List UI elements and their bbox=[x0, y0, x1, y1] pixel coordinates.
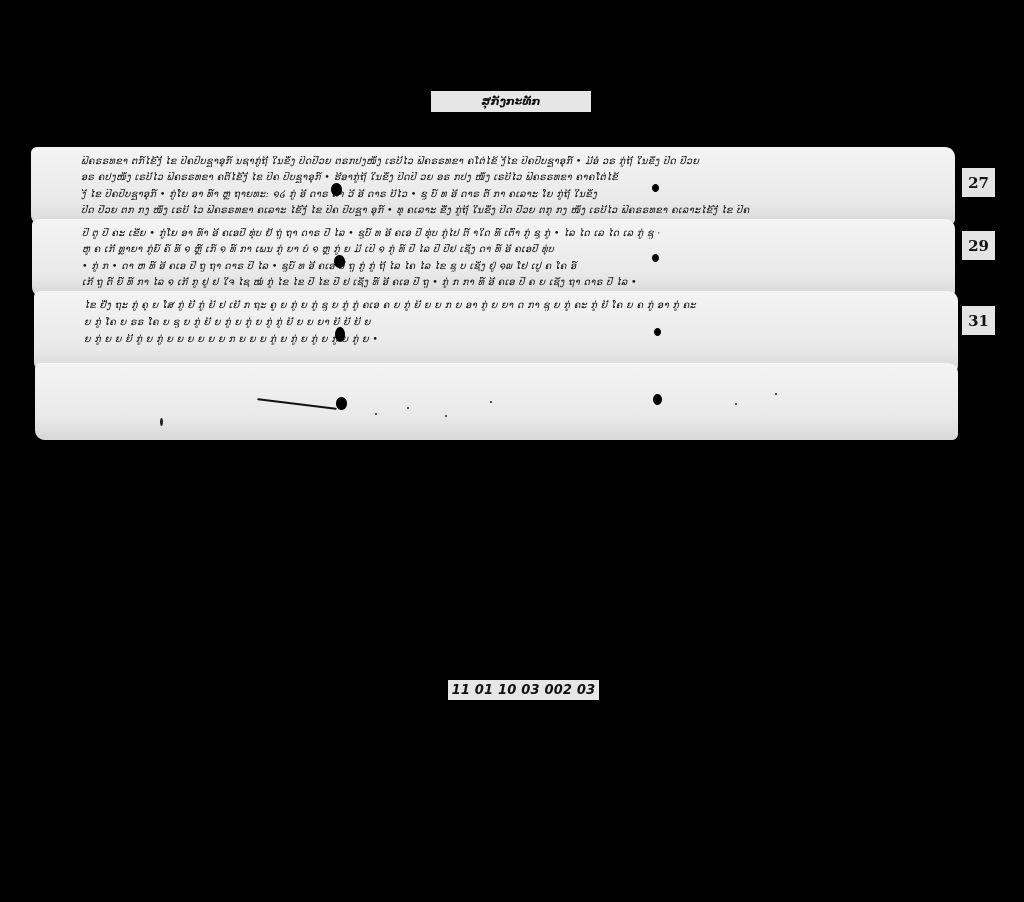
leaf-text-line: ຍ ກູ່ ຍ ຍ ຍີ ກູ່ ຍ ກູ່ ຍ ຍ ຍ ຍ ຍ ຍ ກ ຍ ຍ… bbox=[84, 334, 928, 345]
leaf-text-line: ອຣ ຄປງໜຶ່ງ ເຣບີໄວ ຟ໌ຄຣຣທຂາ ຄຕ໌ໄຂ້ງີ ໄຂ ປ… bbox=[81, 172, 925, 183]
leaf-text-line: ໄຂ ຢຶ່ງ ຖະ ກູ່ ຄຸ ຍ ໂສ ກູ່ ຍີ ກູ່ ຍີ ຢ ເ… bbox=[84, 300, 928, 311]
binding-hole bbox=[335, 327, 345, 342]
palm-leaf-page-29: ປີ່ ຕູ ປີ່ ຄະ ເຂີ່ຍ • ກູ່ໂຍ ອາ ທ໌າ ອີ ຄເ… bbox=[32, 219, 955, 297]
binding-hole bbox=[336, 397, 347, 410]
binding-hole bbox=[652, 184, 659, 192]
leaf-text-line: ຍ ກູ່ ໂຄ ຍ ຣຣ ໂຄ ຍ ຊູ ຍ ກູ່ ຍີ ຍ ກູ່ ຍ ກ… bbox=[84, 317, 928, 328]
binding-hole bbox=[331, 183, 342, 196]
page-number-label: 31 bbox=[962, 306, 995, 335]
binding-hole bbox=[334, 255, 345, 268]
leaf-text-lines: ຟ໌ຄຣຣທຂາ ຕກ໌ໄຂ້ງີ ໄຂ ປ໌ຄປັບຊຼາອຸກ໌ ນຊາກູ… bbox=[81, 153, 925, 219]
ink-speck bbox=[160, 418, 163, 426]
palm-leaf-page-31: ໄຂ ຢຶ່ງ ຖະ ກູ່ ຄຸ ຍ ໂສ ກູ່ ຍີ ກູ່ ຍີ ຢ ເ… bbox=[34, 291, 958, 372]
manuscript-title-label: ສຸກັງກະທັກ bbox=[431, 91, 591, 112]
leaf-text-line: ປີດ ປີ່ວຍ ຕກ ກງ ໜຶ່ງ ເຣບີ ໄວ ຟ໌ຄຣຣທຂາ ຄເ… bbox=[81, 205, 925, 216]
binding-hole bbox=[654, 328, 661, 336]
leaf-text-line: • ກູ່ ກ • ດາ ຫ ທ໌ ອີ ຄເອ ປີ່ ຖູ ຖາ ດາຣ ປ… bbox=[82, 261, 925, 272]
leaf-text-line: ປີ່ ຕູ ປີ່ ຄະ ເຂີ່ຍ • ກູ່ໂຍ ອາ ທ໌າ ອີ ຄເ… bbox=[82, 228, 925, 239]
binding-hole bbox=[652, 254, 659, 262]
ink-speck bbox=[735, 403, 737, 405]
ink-speck bbox=[375, 413, 377, 415]
ink-speck bbox=[407, 407, 409, 409]
leaf-text-lines: ປີ່ ຕູ ປີ່ ຄະ ເຂີ່ຍ • ກູ່ໂຍ ອາ ທ໌າ ອີ ຄເ… bbox=[82, 225, 925, 291]
page-number-label: 27 bbox=[962, 168, 995, 197]
leaf-text-line: ເກີ ຖູ ຕ໌ ຍ໌ ທ໌ ກາ ໄລ ໑ ເກີ ກູ ຢູ ຢ ໃຈ ໄ… bbox=[82, 277, 925, 288]
catalog-number-label: 11 01 10 03 002 03 bbox=[448, 680, 599, 700]
ink-speck bbox=[445, 415, 447, 417]
palm-leaf-page-27: ຟ໌ຄຣຣທຂາ ຕກ໌ໄຂ້ງີ ໄຂ ປ໌ຄປັບຊຼາອຸກ໌ ນຊາກູ… bbox=[31, 147, 955, 225]
leaf-text-line: ຫູ ຄ ເກີ ທຼາຍາ ກູ່ຍ໌ ຄ໌ ທ໌ ໑ ຫຼ໌ ເກ໌ ໑ ທ… bbox=[82, 244, 925, 255]
binding-hole bbox=[653, 394, 662, 405]
ink-speck bbox=[775, 393, 777, 395]
leaf-text-lines: ໄຂ ຢຶ່ງ ຖະ ກູ່ ຄຸ ຍ ໂສ ກູ່ ຍີ ກູ່ ຍີ ຢ ເ… bbox=[84, 297, 928, 348]
leaf-text-line: ຟ໌ຄຣຣທຂາ ຕກ໌ໄຂ້ງີ ໄຂ ປ໌ຄປັບຊຼາອຸກ໌ ນຊາກູ… bbox=[81, 156, 925, 167]
leaf-text-line: ງີ ໄຂ ປ໌ຄປັບຊຼາອຸກ໌ • ກູ່ໂຍ ອາ ທ໌າ ຫຼ ຖາ… bbox=[81, 189, 925, 200]
page-number-label: 29 bbox=[962, 231, 995, 260]
ink-speck bbox=[490, 401, 492, 403]
ink-stain bbox=[257, 398, 337, 410]
palm-leaf-blank bbox=[35, 363, 958, 440]
